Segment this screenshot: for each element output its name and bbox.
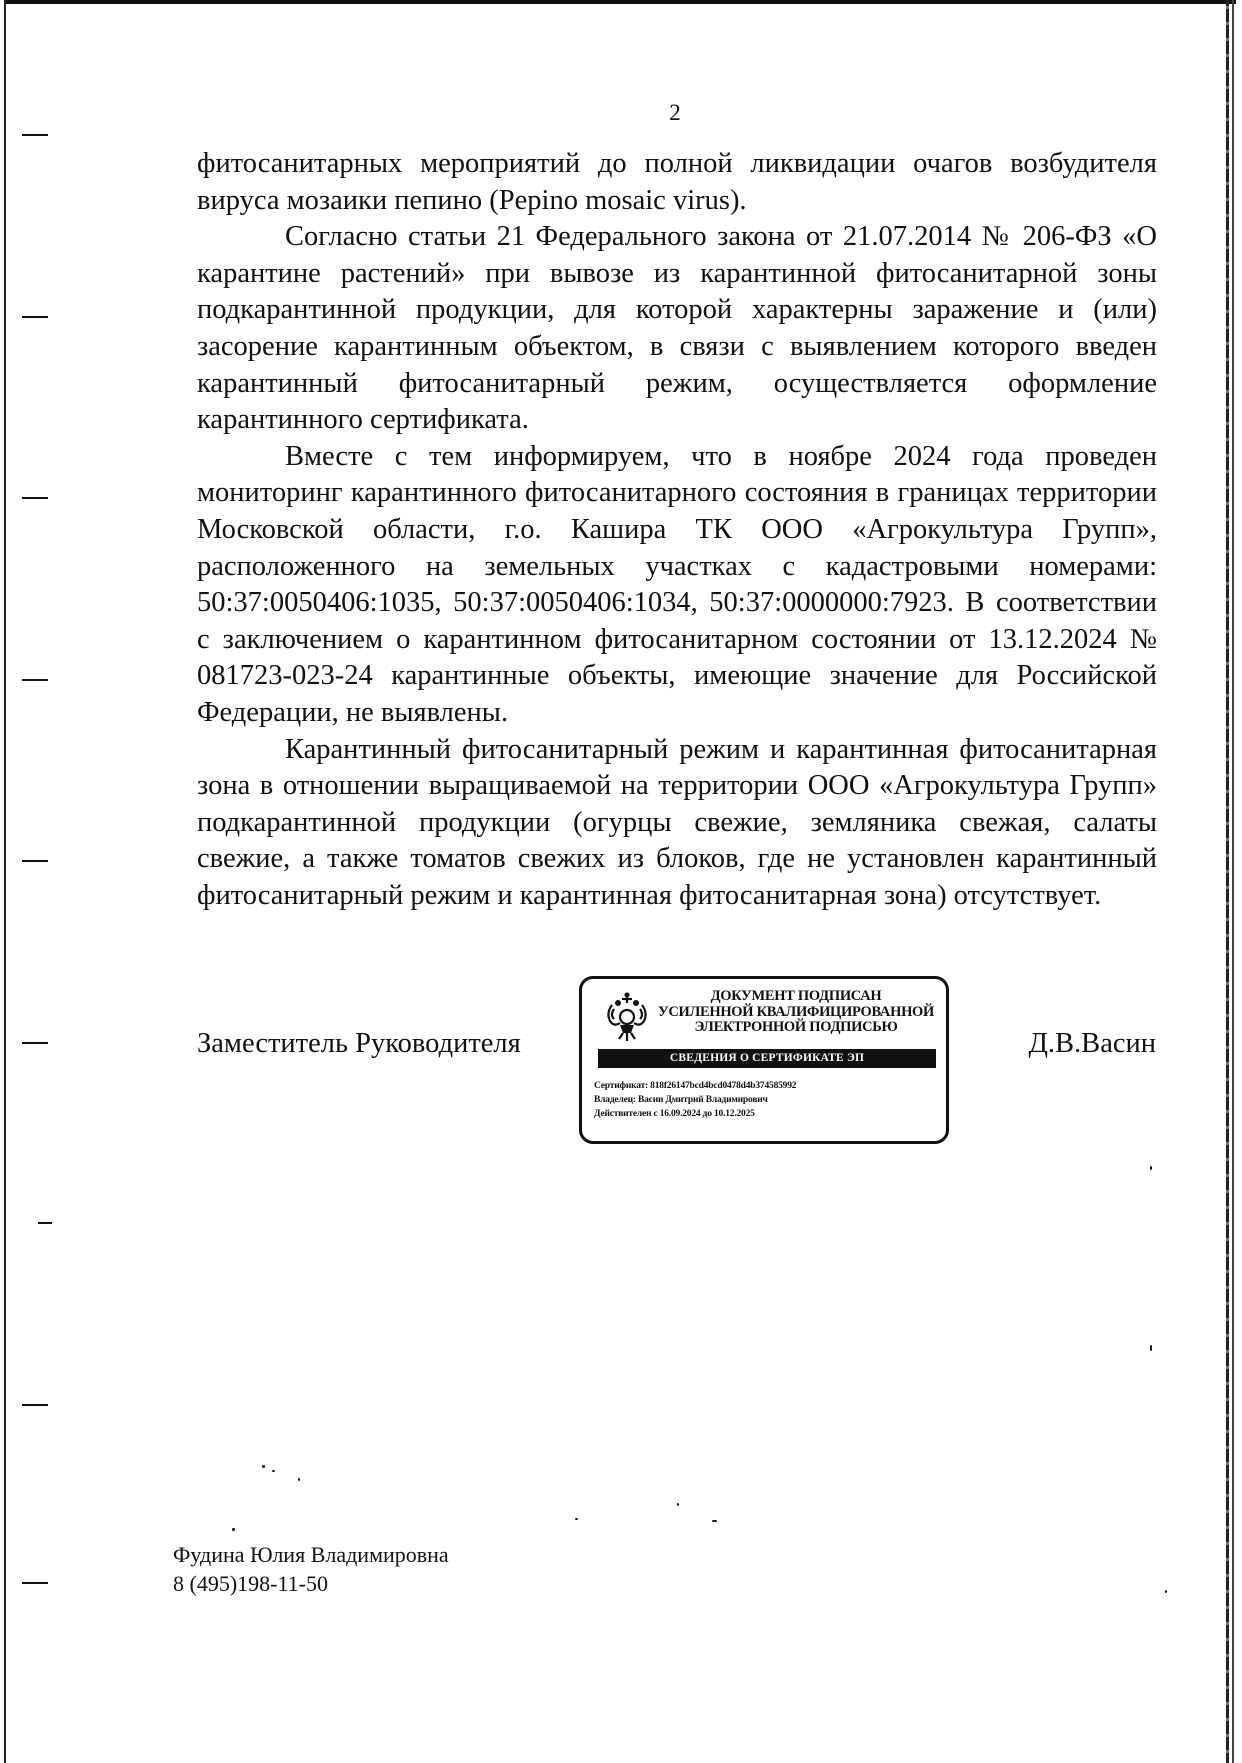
scan-border-right-inner: [1232, 0, 1234, 1763]
scan-speck: [272, 1470, 275, 1472]
certificate-info-bar: СВЕДЕНИЯ О СЕРТИФИКАТЕ ЭП: [598, 1049, 936, 1068]
paragraph: Согласно статьи 21 Федерального закона о…: [197, 219, 1157, 439]
margin-tick: [22, 679, 48, 681]
margin-tick: [22, 1042, 48, 1044]
scan-speck: [677, 1503, 679, 1506]
margin-tick: [22, 1404, 48, 1406]
executor-contact: Фудина Юлия Владимировна 8 (495)198-11-5…: [173, 1540, 449, 1598]
scan-speck: [1165, 1590, 1167, 1593]
scan-speck: [575, 1518, 578, 1520]
stamp-title: ДОКУМЕНТ ПОДПИСАН УСИЛЕННОЙ КВАЛИФИЦИРОВ…: [652, 989, 940, 1036]
margin-tick: [22, 134, 48, 136]
paragraph: фитосанитарных мероприятий до полной лик…: [197, 146, 1157, 219]
margin-tick: [22, 497, 48, 499]
executor-phone: 8 (495)198-11-50: [173, 1569, 449, 1598]
certificate-validity: Действителен с 16.09.2024 до 10.12.2025: [594, 1107, 796, 1121]
margin-tick: [22, 316, 48, 318]
scan-speck: [1150, 1345, 1152, 1351]
signatory-name: Д.В.Васин: [1028, 1028, 1156, 1060]
scan-speck: [262, 1465, 265, 1468]
margin-tick: [38, 1222, 52, 1224]
certificate-owner: Владелец: Васин Дмитрий Владимирович: [594, 1093, 796, 1107]
margin-tick: [22, 1582, 48, 1584]
certificate-number: Сертификат: 818f26147bcd4bcd0478d4b37458…: [594, 1079, 796, 1093]
russian-coat-of-arms-icon: [604, 991, 650, 1045]
scan-border-right: [1226, 0, 1229, 1763]
letter-body: фитосанитарных мероприятий до полной лик…: [197, 146, 1157, 914]
page-number: 2: [0, 100, 1242, 126]
signatory-role: Заместитель Руководителя: [197, 1028, 521, 1060]
scan-speck: [232, 1528, 235, 1531]
certificate-details: Сертификат: 818f26147bcd4bcd0478d4b37458…: [594, 1079, 796, 1121]
scan-speck: [298, 1478, 300, 1481]
margin-tick: [22, 860, 48, 862]
scan-border-left: [4, 0, 6, 1763]
executor-name: Фудина Юлия Владимировна: [173, 1540, 449, 1569]
e-signature-stamp: ДОКУМЕНТ ПОДПИСАН УСИЛЕННОЙ КВАЛИФИЦИРОВ…: [579, 976, 949, 1144]
scan-border-top: [4, 0, 1236, 4]
scan-speck: [1150, 1166, 1152, 1170]
scan-speck: [712, 1520, 717, 1522]
paragraph: Вместе с тем информируем, что в ноябре 2…: [197, 439, 1157, 732]
paragraph: Карантинный фитосанитарный режим и каран…: [197, 732, 1157, 915]
